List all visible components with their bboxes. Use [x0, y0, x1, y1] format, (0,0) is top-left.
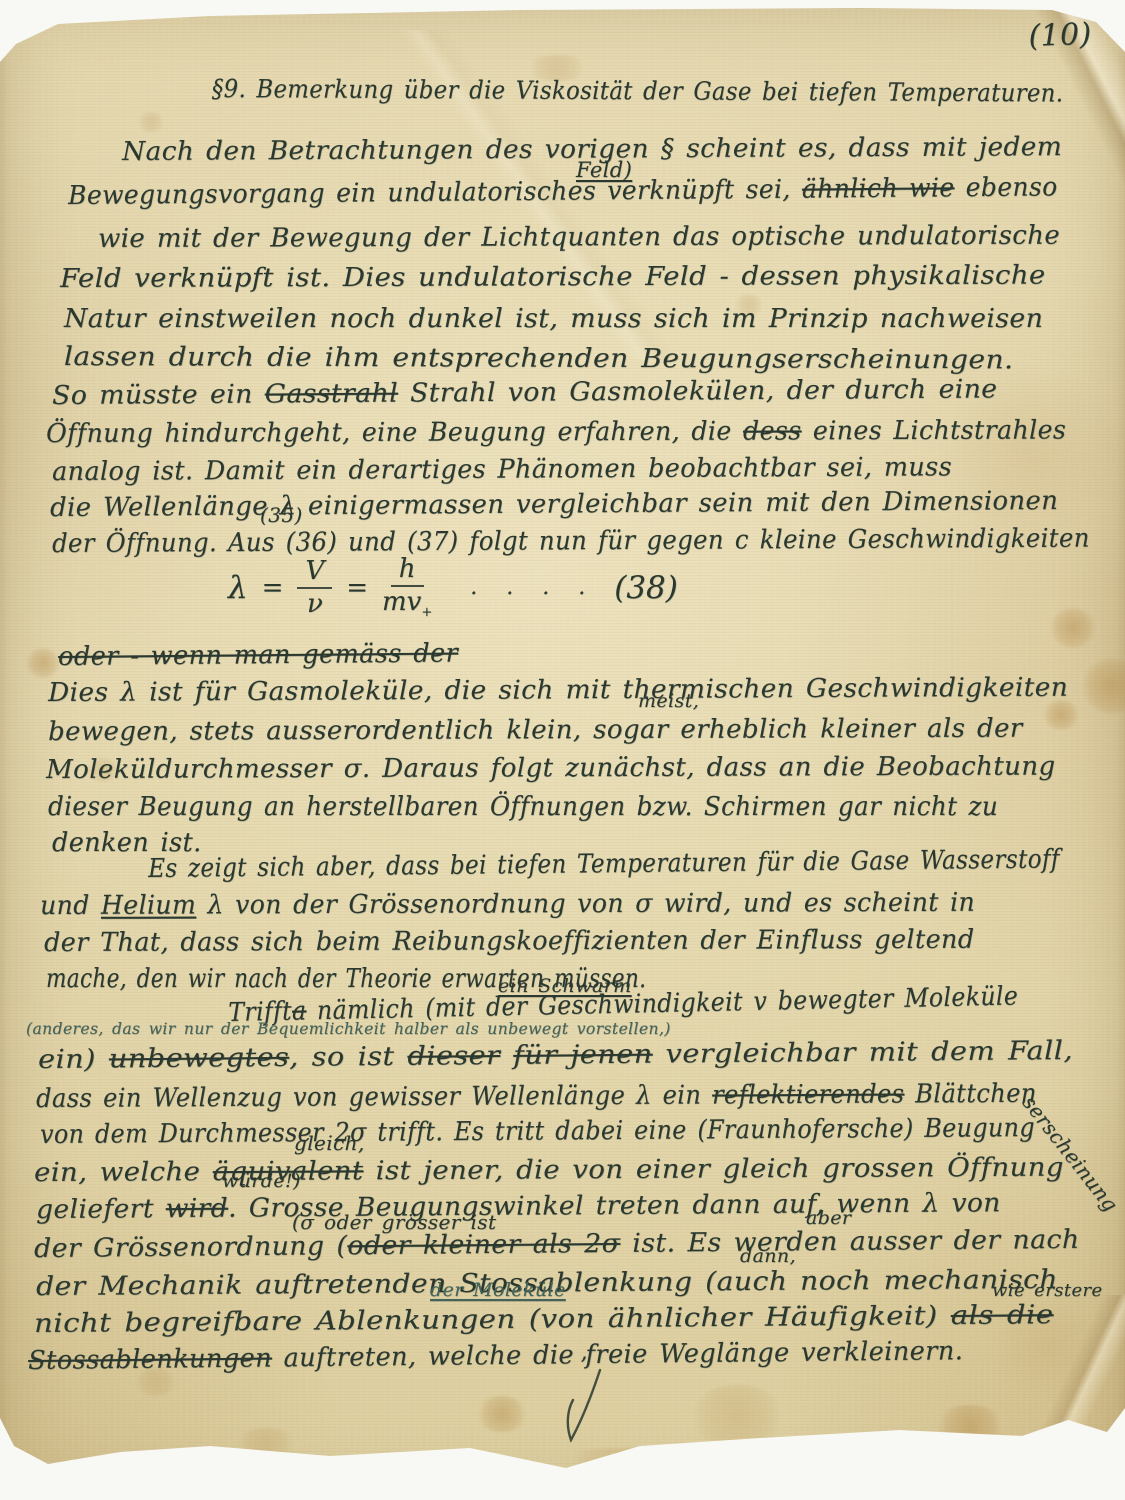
handwritten-line: Feld verknüpft ist. Dies undulatorische … — [60, 263, 1046, 292]
handwritten-line: Moleküldurchmesser σ. Daraus folgt zunäc… — [46, 753, 1056, 783]
handwritten-line: Öffnung hindurchgeht, eine Beugung erfah… — [46, 417, 1066, 447]
ellipsis-dots: . . . . — [470, 575, 596, 600]
stain-spot — [560, 1448, 690, 1474]
page-number: (10) — [1028, 20, 1092, 52]
inserted-word: Feld) — [576, 160, 632, 181]
stain-spot — [935, 1405, 1005, 1449]
handwritten-line: Natur einstweilen noch dunkel ist, muss … — [64, 306, 1043, 332]
handwritten-line: Dies λ ist für Gasmoleküle, die sich mit… — [48, 675, 1068, 706]
inserted-word: gleich, — [294, 1133, 365, 1153]
handwritten-line: und Helium λ von der Grössenordnung von … — [40, 890, 975, 919]
scan-background: λ = V ν = h mv+ . . . . (38) (10)§9. Bem… — [0, 0, 1125, 1500]
handwritten-line: die Wellenlänge λ einigermassen vergleic… — [50, 488, 1058, 521]
stain-spot — [1050, 608, 1096, 648]
inserted-word: wie erstere — [992, 1282, 1103, 1300]
handwritten-line: So müsste ein Gasstrahl Strahl von Gasmo… — [52, 376, 998, 409]
handwritten-line: ein) unbewegtes, so ist dieser für jenen… — [38, 1038, 1073, 1073]
equation-38: λ = V ν = h mv+ . . . . (38) — [228, 556, 678, 620]
manuscript-page: λ = V ν = h mv+ . . . . (38) (10)§9. Bem… — [0, 0, 1125, 1500]
equals-sign: = — [346, 573, 368, 603]
handwritten-line: der That, dass sich beim Reibungskoeffiz… — [44, 927, 975, 956]
stain-spot — [1082, 658, 1125, 714]
handwritten-line: analog ist. Damit ein derartiges Phänome… — [52, 454, 952, 485]
inserted-word: der Moleküle — [430, 1281, 566, 1300]
inserted-word: meist, — [638, 692, 699, 711]
crossed-out-line: oder - wenn man gemäss der — [58, 641, 458, 670]
inserted-word: (anderes, das wir nur der Bequemlichkeit… — [26, 1021, 671, 1037]
handwritten-line: wie mit der Bewegung der Lichtquanten da… — [98, 223, 1060, 252]
subscript-plus: + — [421, 605, 432, 620]
handwritten-line: denken ist. — [52, 830, 202, 856]
handwritten-line: dieser Beugung an herstellbaren Öffnunge… — [48, 794, 998, 820]
inserted-word: (σ oder grösser ist — [292, 1212, 496, 1232]
handwritten-line: lassen durch die ihm entsprechenden Beug… — [64, 344, 1014, 373]
handwritten-line: Stossablenkungen auftreten, welche die f… — [28, 1338, 963, 1374]
inserted-word: ’ — [580, 1356, 587, 1378]
section-title: §9. Bemerkung über die Viskosität der Ga… — [212, 76, 1064, 105]
fraction-v-over-nu: V ν — [297, 558, 332, 619]
inserted-word: aber — [806, 1209, 851, 1228]
handwritten-line: von dem Durchmesser 2σ trifft. Es tritt … — [40, 1115, 1035, 1148]
handwritten-line: Bewegungsvorgang ein undulatorisches ver… — [68, 174, 1058, 209]
handwritten-line: der Öffnung. Aus (36) und (37) folgt nun… — [52, 526, 1090, 557]
equation-number: (38) — [614, 570, 678, 606]
handwritten-line: ein, welche äquivalent ist jener, die vo… — [34, 1155, 1064, 1186]
handwritten-line: Es zeigt sich aber, dass bei tiefen Temp… — [148, 846, 1060, 882]
handwritten-line: nicht begreifbare Ablenkungen (von ähnli… — [34, 1302, 1054, 1337]
stain-spot — [235, 1428, 297, 1458]
stain-spot — [26, 648, 60, 678]
inserted-word: würde!) — [222, 1172, 301, 1191]
fraction-h-over-mv: h mv+ — [382, 556, 432, 620]
inserted-word: dann, — [740, 1247, 796, 1266]
handwritten-line: der Grössenordnung (oder kleiner als 2σ … — [34, 1227, 1080, 1262]
handwritten-line: bewegen, stets ausserordentlich klein, s… — [48, 716, 1023, 745]
handwritten-line: dass ein Wellenzug von gewisser Wellenlä… — [36, 1081, 1037, 1112]
stain-spot — [476, 1396, 528, 1432]
stain-spot — [138, 112, 164, 132]
stain-spot — [1043, 700, 1079, 730]
equals-sign: = — [262, 573, 284, 603]
inserted-word: (35) — [260, 505, 303, 525]
stain-spot — [690, 1385, 785, 1447]
handwritten-line: geliefert wird. Grosse Beugungswinkel tr… — [36, 1190, 1001, 1223]
lambda-symbol: λ — [228, 570, 248, 606]
inserted-word: ein Schwarm — [498, 977, 632, 996]
